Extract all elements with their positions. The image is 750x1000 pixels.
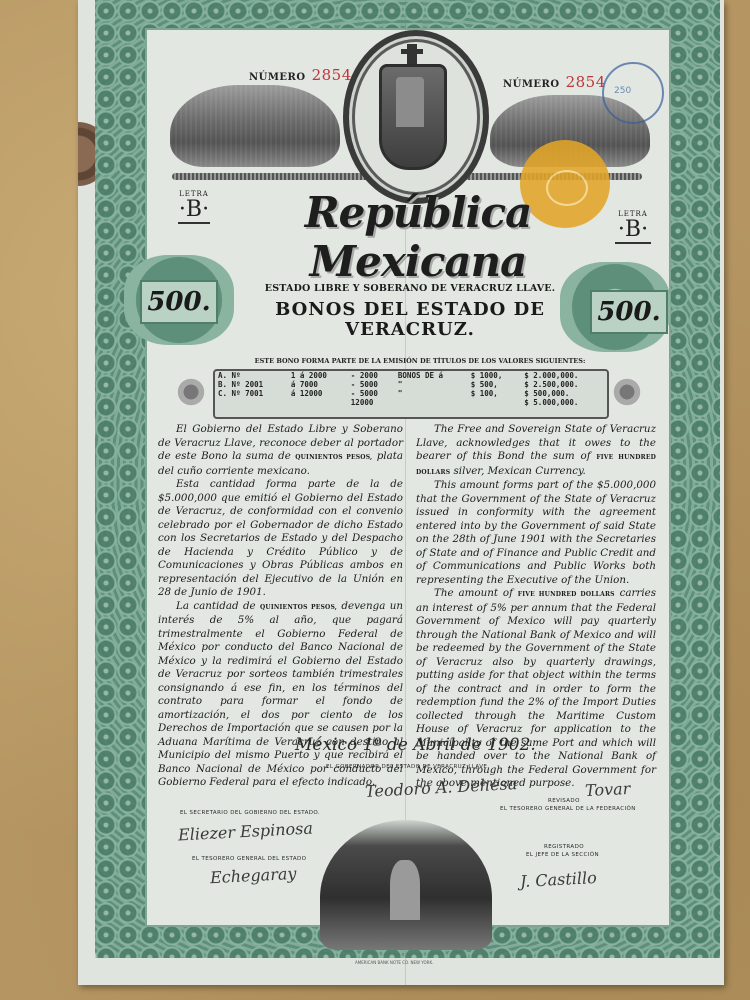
- place-and-date: México 1º de Abril de 1902.: [295, 735, 536, 755]
- veracruz-shield-icon: [379, 64, 447, 170]
- series-cell: B. Nº 2001: [215, 380, 288, 389]
- english-paragraph-2: This amount forms part of the $5.000,000…: [416, 479, 656, 587]
- label-cell: BONOS DE á: [395, 371, 468, 380]
- letra-value: ·B·: [615, 218, 651, 244]
- total-cell: $ 2.500,000.: [521, 380, 607, 389]
- table-sum-row: 12000 $ 5.000,000.: [215, 398, 607, 407]
- left-vignette-farm-scene: [170, 85, 340, 167]
- scroll-ornament-right: [608, 370, 646, 414]
- range-cell: 1 á 2000: [288, 371, 348, 380]
- coat-of-arms-medallion: [343, 30, 489, 204]
- serial-number-left: NÚMERO2854: [249, 66, 352, 84]
- total-cell: $ 500,000.: [521, 389, 607, 398]
- bond-name-line1: BONOS DEL ESTADO DE: [235, 300, 585, 320]
- table-row: A. Nº 1 á 2000 - 2000 BONOS DE á $ 1000,…: [215, 371, 607, 380]
- federal-treasurer-label: EL TESORERO GENERAL DE LA FEDERACIÓN: [500, 806, 636, 812]
- table-row: C. Nº 7001 á 12000 - 5000 " $ 100, $ 500…: [215, 389, 607, 398]
- empty-cell: [288, 398, 348, 407]
- label-cell: ": [395, 380, 468, 389]
- range-cell: á 7000: [288, 380, 348, 389]
- english-paragraph-1: The Free and Sovereign State of Veracruz…: [416, 423, 656, 479]
- count-cell: - 5000: [348, 389, 395, 398]
- letra-value: ·B·: [178, 198, 210, 224]
- governor-label: EL GOBERNADOR DEL ESTADO DE VERACRUZ LLA…: [326, 764, 489, 770]
- federal-treasurer-signature: Tovar: [585, 779, 631, 800]
- text-span: carries an interest of 5% per annum that…: [416, 587, 656, 789]
- empty-cell: [395, 398, 468, 407]
- label-cell: ": [395, 389, 468, 398]
- sum-total-cell: $ 5.000,000.: [521, 398, 607, 407]
- emission-caption: ESTE BONO FORMA PARTE DE LA EMISIÓN DE T…: [230, 357, 610, 365]
- printer-imprint: AMERICAN BANK NOTE CO. NEW YORK.: [355, 960, 433, 965]
- denomination-right: 500.: [590, 290, 668, 334]
- spanish-paragraph-1: El Gobierno del Estado Libre y Soberano …: [158, 423, 403, 478]
- numero-value: 2854: [566, 73, 606, 91]
- state-treasurer-label: EL TESORERO GENERAL DEL ESTADO: [192, 856, 306, 862]
- sum-count-cell: 12000: [348, 398, 395, 407]
- text-span: The amount of: [434, 587, 518, 599]
- series-cell: A. Nº: [215, 371, 288, 380]
- serial-number-right: NÚMERO2854: [503, 73, 606, 91]
- numero-value: 2854: [312, 66, 352, 84]
- empty-cell: [215, 398, 288, 407]
- total-cell: $ 2.000,000.: [521, 371, 607, 380]
- revisado-label: REVISADO: [548, 798, 580, 804]
- bond-name-line2: VERACRUZ.: [235, 320, 585, 340]
- each-cell: $ 1000,: [468, 371, 522, 380]
- empty-cell: [468, 398, 522, 407]
- spanish-paragraph-3: La cantidad de QUINIENTOS PESOS, devenga…: [158, 600, 403, 790]
- count-cell: - 5000: [348, 380, 395, 389]
- denomination-left: 500.: [140, 280, 218, 324]
- amount-caps: QUINIENTOS PESOS,: [260, 604, 337, 611]
- secretary-label: EL SECRETARIO DEL GOBIERNO DEL ESTADO.: [180, 810, 320, 816]
- scroll-ornament-left: [172, 370, 210, 414]
- section-chief-signature: J. Castillo: [520, 868, 598, 891]
- amount-caps: FIVE HUNDRED DOLLARS: [518, 591, 615, 598]
- series-cell: C. Nº 7001: [215, 389, 288, 398]
- english-paragraph-3: The amount of FIVE HUNDRED DOLLARS carri…: [416, 587, 656, 791]
- bond-title: República Mexicana: [218, 188, 618, 286]
- each-cell: $ 500,: [468, 380, 522, 389]
- spanish-paragraph-2: Esta cantidad forma parte de la de $5.00…: [158, 478, 403, 600]
- each-cell: $ 100,: [468, 389, 522, 398]
- numero-label: NÚMERO: [249, 72, 306, 83]
- count-cell: - 2000: [348, 371, 395, 380]
- text-span: devenga un interés de 5% al año, que pag…: [158, 600, 403, 789]
- registrado-label: REGISTRADO: [544, 844, 584, 850]
- numero-label: NÚMERO: [503, 79, 560, 90]
- issuer-subtitle: ESTADO LIBRE Y SOBERANO DE VERACRUZ LLAV…: [230, 283, 590, 294]
- table-row: B. Nº 2001 á 7000 - 5000 " $ 500, $ 2.50…: [215, 380, 607, 389]
- section-chief-label: EL JEFE DE LA SECCIÓN: [526, 852, 599, 858]
- letra-left: LETRA ·B·: [178, 190, 210, 224]
- cross-icon: [407, 44, 417, 66]
- bond-name: BONOS DEL ESTADO DE VERACRUZ.: [235, 300, 585, 340]
- range-cell: á 12000: [288, 389, 348, 398]
- cancellation-stamp-blue: 250: [602, 62, 664, 124]
- text-span: La cantidad de: [176, 600, 260, 612]
- text-span: silver, Mexican Currency.: [450, 465, 586, 477]
- emission-values-table: A. Nº 1 á 2000 - 2000 BONOS DE á $ 1000,…: [213, 369, 609, 419]
- letra-right: LETRA ·B·: [615, 210, 651, 244]
- stamp-blue-text: 250: [614, 86, 631, 96]
- amount-caps: QUINIENTOS PESOS,: [295, 454, 372, 461]
